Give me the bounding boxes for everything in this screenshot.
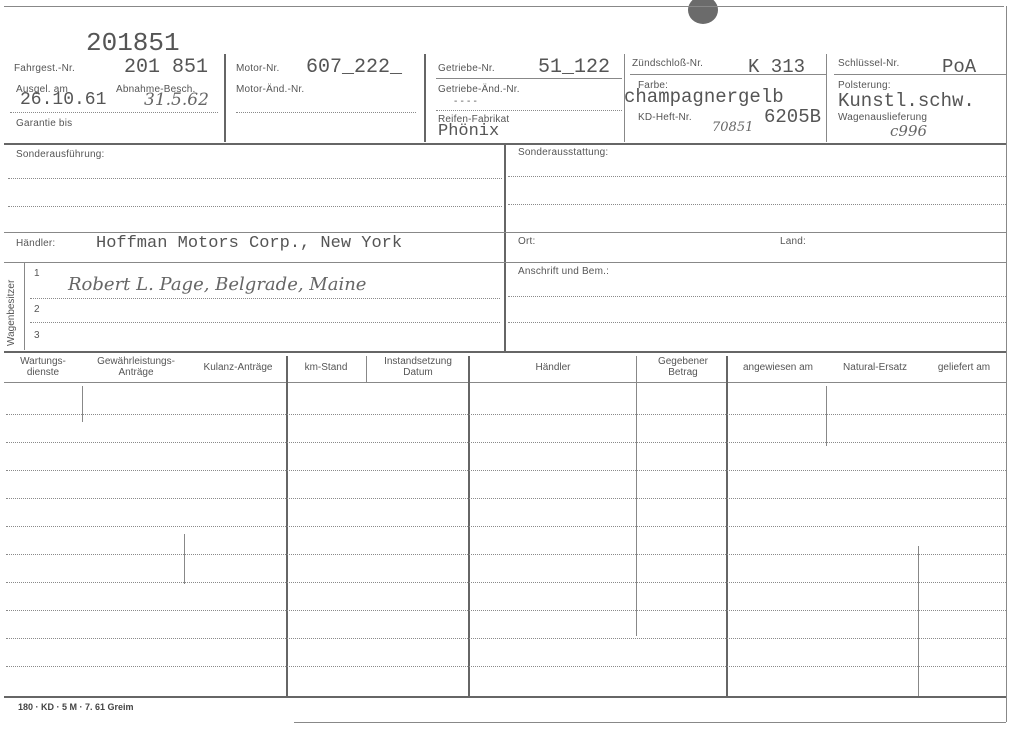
punch-hole: [688, 0, 718, 24]
col-header-angewiesen: angewiesen am: [728, 362, 828, 373]
motor-label: Motor-Nr.: [236, 63, 279, 74]
table-row-rule: [6, 498, 1006, 499]
land-label: Land:: [780, 236, 806, 247]
table-header-rule: [4, 382, 1006, 383]
fahrgest-value: 201 851: [124, 56, 208, 79]
divider: [24, 262, 25, 350]
haendler-value: Hoffman Motors Corp., New York: [96, 234, 402, 253]
wagenbesitzer-label: Wagenbesitzer: [6, 280, 17, 346]
section-rule: [4, 351, 1006, 353]
dotted-rule: [508, 296, 1006, 297]
print-code: 180 · KD · 5 M · 7. 61 Greim: [18, 702, 134, 712]
table-row-rule: [6, 442, 1006, 443]
getriebe-value: 51_122: [538, 56, 610, 79]
table-bottom-rule: [4, 696, 1006, 698]
col-header-kulanz: Kulanz-Anträge: [190, 362, 286, 373]
owner-num-3: 3: [34, 330, 40, 341]
abnahme-value: 31.5.62: [144, 90, 209, 110]
table-row-rule: [6, 470, 1006, 471]
getriebe-aend-value: - - - -: [454, 96, 477, 107]
col-header-instandsetzung: Instandsetzung Datum: [366, 356, 470, 378]
section-rule: [4, 232, 1006, 233]
garantie-label: Garantie bis: [16, 118, 72, 129]
divider: [504, 143, 506, 351]
vehicle-record-card: 201851 Fahrgest.-Nr. 201 851 Ausgel. am …: [4, 6, 1008, 728]
dotted-rule: [8, 178, 502, 179]
dotted-rule: [10, 112, 218, 113]
dotted-rule: [508, 176, 1006, 177]
ausgel-value: 26.10.61: [20, 90, 106, 110]
col-header-natural-ersatz: Natural-Ersatz: [830, 362, 920, 373]
section-rule: [4, 262, 1006, 263]
sonderausstattung-label: Sonderausstattung:: [518, 147, 608, 158]
divider: [826, 54, 827, 142]
anschrift-label: Anschrift und Bem.:: [518, 266, 609, 277]
motor-aend-label: Motor-Änd.-Nr.: [236, 84, 304, 95]
divider: [826, 386, 827, 446]
table-row-rule: [6, 526, 1006, 527]
dotted-rule: [8, 206, 502, 207]
divider: [366, 356, 367, 382]
farbe-value: champagnergelb: [624, 86, 784, 108]
rule: [834, 74, 1006, 75]
rule: [630, 74, 826, 75]
col-header-haendler: Händler: [470, 362, 636, 373]
zuendschloss-label: Zündschloß-Nr.: [632, 58, 703, 69]
schluessel-label: Schlüssel-Nr.: [838, 58, 900, 69]
haendler-label: Händler:: [16, 238, 55, 249]
dotted-rule: [30, 322, 500, 323]
table-row-rule: [6, 582, 1006, 583]
divider: [184, 534, 185, 584]
dotted-rule: [236, 112, 416, 113]
kd-heft-handwritten: 70851: [712, 120, 753, 135]
divider: [918, 546, 919, 696]
col-header-betrag: Gegebener Betrag: [638, 356, 728, 378]
sonderausfuehrung-label: Sonderausführung:: [16, 149, 104, 160]
kd-heft-value: 6205B: [764, 106, 821, 128]
table-row-rule: [6, 638, 1006, 639]
table-row-rule: [6, 666, 1006, 667]
col-header-gewaehrleistung: Gewährleistungs- Anträge: [82, 356, 190, 378]
owner-name-1: Robert L. Page, Belgrade, Maine: [68, 274, 366, 295]
divider: [424, 54, 426, 142]
getriebe-label: Getriebe-Nr.: [438, 63, 495, 74]
col-header-wartungsdienste: Wartungs- dienste: [8, 356, 78, 378]
table-row-rule: [6, 414, 1006, 415]
getriebe-aend-label: Getriebe-Änd.-Nr.: [438, 84, 520, 95]
ort-label: Ort:: [518, 236, 535, 247]
table-row-rule: [6, 610, 1006, 611]
reifen-value: Phönix: [438, 122, 499, 141]
owner-num-1: 1: [34, 268, 40, 279]
col-header-km-stand: km-Stand: [288, 362, 364, 373]
divider: [224, 54, 226, 142]
fahrgest-label: Fahrgest.-Nr.: [14, 63, 75, 74]
col-header-geliefert: geliefert am: [922, 362, 1006, 373]
motor-value: 607_222_: [306, 56, 402, 79]
kd-heft-label: KD-Heft-Nr.: [638, 112, 692, 123]
dotted-rule: [30, 298, 500, 299]
polsterung-value: Kunstl.schw.: [838, 90, 975, 112]
dotted-rule: [508, 322, 1006, 323]
big-chassis-number: 201851: [86, 28, 180, 58]
owner-num-2: 2: [34, 304, 40, 315]
divider: [82, 386, 83, 422]
wagenauslieferung-value: c996: [890, 122, 927, 140]
card-top-edge: [4, 6, 1004, 7]
card-right-edge: [1006, 6, 1007, 722]
rule: [436, 78, 622, 79]
table-row-rule: [6, 554, 1006, 555]
dotted-rule: [436, 110, 622, 111]
bottom-edge: [294, 722, 1006, 723]
divider: [636, 356, 637, 636]
dotted-rule: [508, 204, 1006, 205]
